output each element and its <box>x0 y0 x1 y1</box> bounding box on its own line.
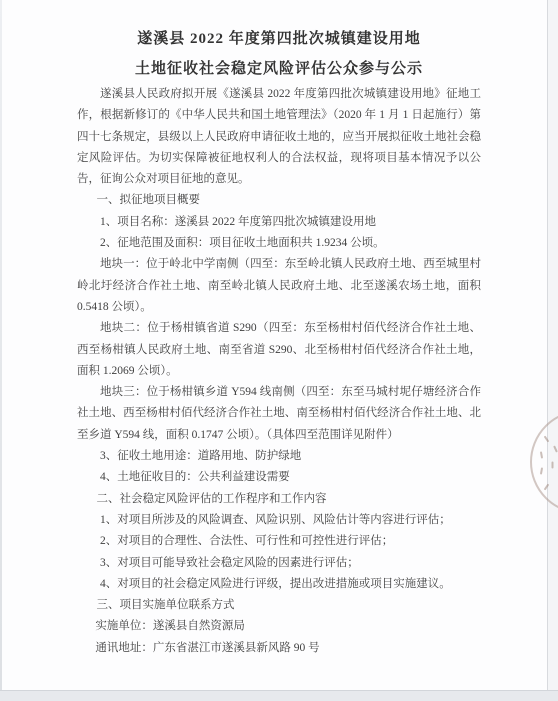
section-2-item-1: 1、对项目所涉及的风险调查、风险识别、风险估计等内容进行评估； <box>77 510 481 531</box>
parcel-3-paragraph: 地块三：位于杨柑镇乡道 Y594 线南侧（四至：东至马城村坭仔塘经济合作社土地、… <box>77 382 481 446</box>
section-2-item-4: 4、对项目的社会稳定风险进行评级，提出改进措施或项目实施建议。 <box>77 574 481 595</box>
seal-glyph-mark <box>552 462 554 469</box>
document-title: 遂溪县 2022 年度第四批次城镇建设用地 土地征收社会稳定风险评估公众参与公示 <box>77 24 481 84</box>
document-page: 遂溪县 2022 年度第四批次城镇建设用地 土地征收社会稳定风险评估公众参与公示… <box>0 0 547 690</box>
section-1-heading: 一、拟征地项目概要 <box>77 190 481 211</box>
section-1-item-purpose: 4、土地征收目的：公共利益建设需要 <box>77 467 481 488</box>
document-title-line2: 土地征收社会稳定风险评估公众参与公示 <box>77 54 481 84</box>
intro-paragraph: 遂溪县人民政府拟开展《遂溪县 2022 年度第四批次城镇建设用地》征地工作，根据… <box>77 84 481 190</box>
document-title-line1: 遂溪县 2022 年度第四批次城镇建设用地 <box>77 24 481 54</box>
section-2-heading: 二、社会稳定风险评估的工作程序和工作内容 <box>77 489 481 510</box>
parcel-1-paragraph: 地块一：位于岭北中学南侧（四至：东至岭北镇人民政府土地、西至城里村岭北圩经济合作… <box>77 254 481 318</box>
seal-glyph-mark <box>544 484 550 491</box>
parcel-2-paragraph: 地块二：位于杨柑镇省道 S290（四至：东至杨柑村佰代经济合作社土地、西至杨柑镇… <box>77 318 481 382</box>
mailing-address-line: 通讯地址：广东省湛江市遂溪县新风路 90 号 <box>77 638 481 659</box>
section-1-item-land-use: 3、征收土地用途：道路用地、防护绿地 <box>77 446 481 467</box>
seal-glyph-mark <box>540 451 543 458</box>
scan-bottom-edge <box>0 690 558 701</box>
seal-glyph-mark <box>544 436 550 443</box>
section-1-item-project-name: 1、项目名称：遂溪县 2022 年度第四批次城镇建设用地 <box>77 212 481 233</box>
seal-glyph-mark <box>540 467 543 474</box>
section-2-item-3: 3、对项目可能导致社会稳定风险的因素进行评估； <box>77 553 481 574</box>
document-body: 遂溪县人民政府拟开展《遂溪县 2022 年度第四批次城镇建设用地》征地工作，根据… <box>77 84 481 659</box>
section-1-item-area: 2、征地范围及面积：项目征收土地面积共 1.9234 公顷。 <box>77 233 481 254</box>
implementing-unit-line: 实施单位：遂溪县自然资源局 <box>77 616 481 637</box>
section-3-heading: 三、项目实施单位联系方式 <box>77 595 481 616</box>
page-right-edge <box>547 0 558 690</box>
seal-glyph-mark <box>553 445 558 452</box>
section-2-item-2: 2、对项目的合理性、合法性、可行性和可控性进行评估； <box>77 531 481 552</box>
scanned-notice-page: 遂溪县 2022 年度第四批次城镇建设用地 土地征收社会稳定风险评估公众参与公示… <box>0 0 558 701</box>
